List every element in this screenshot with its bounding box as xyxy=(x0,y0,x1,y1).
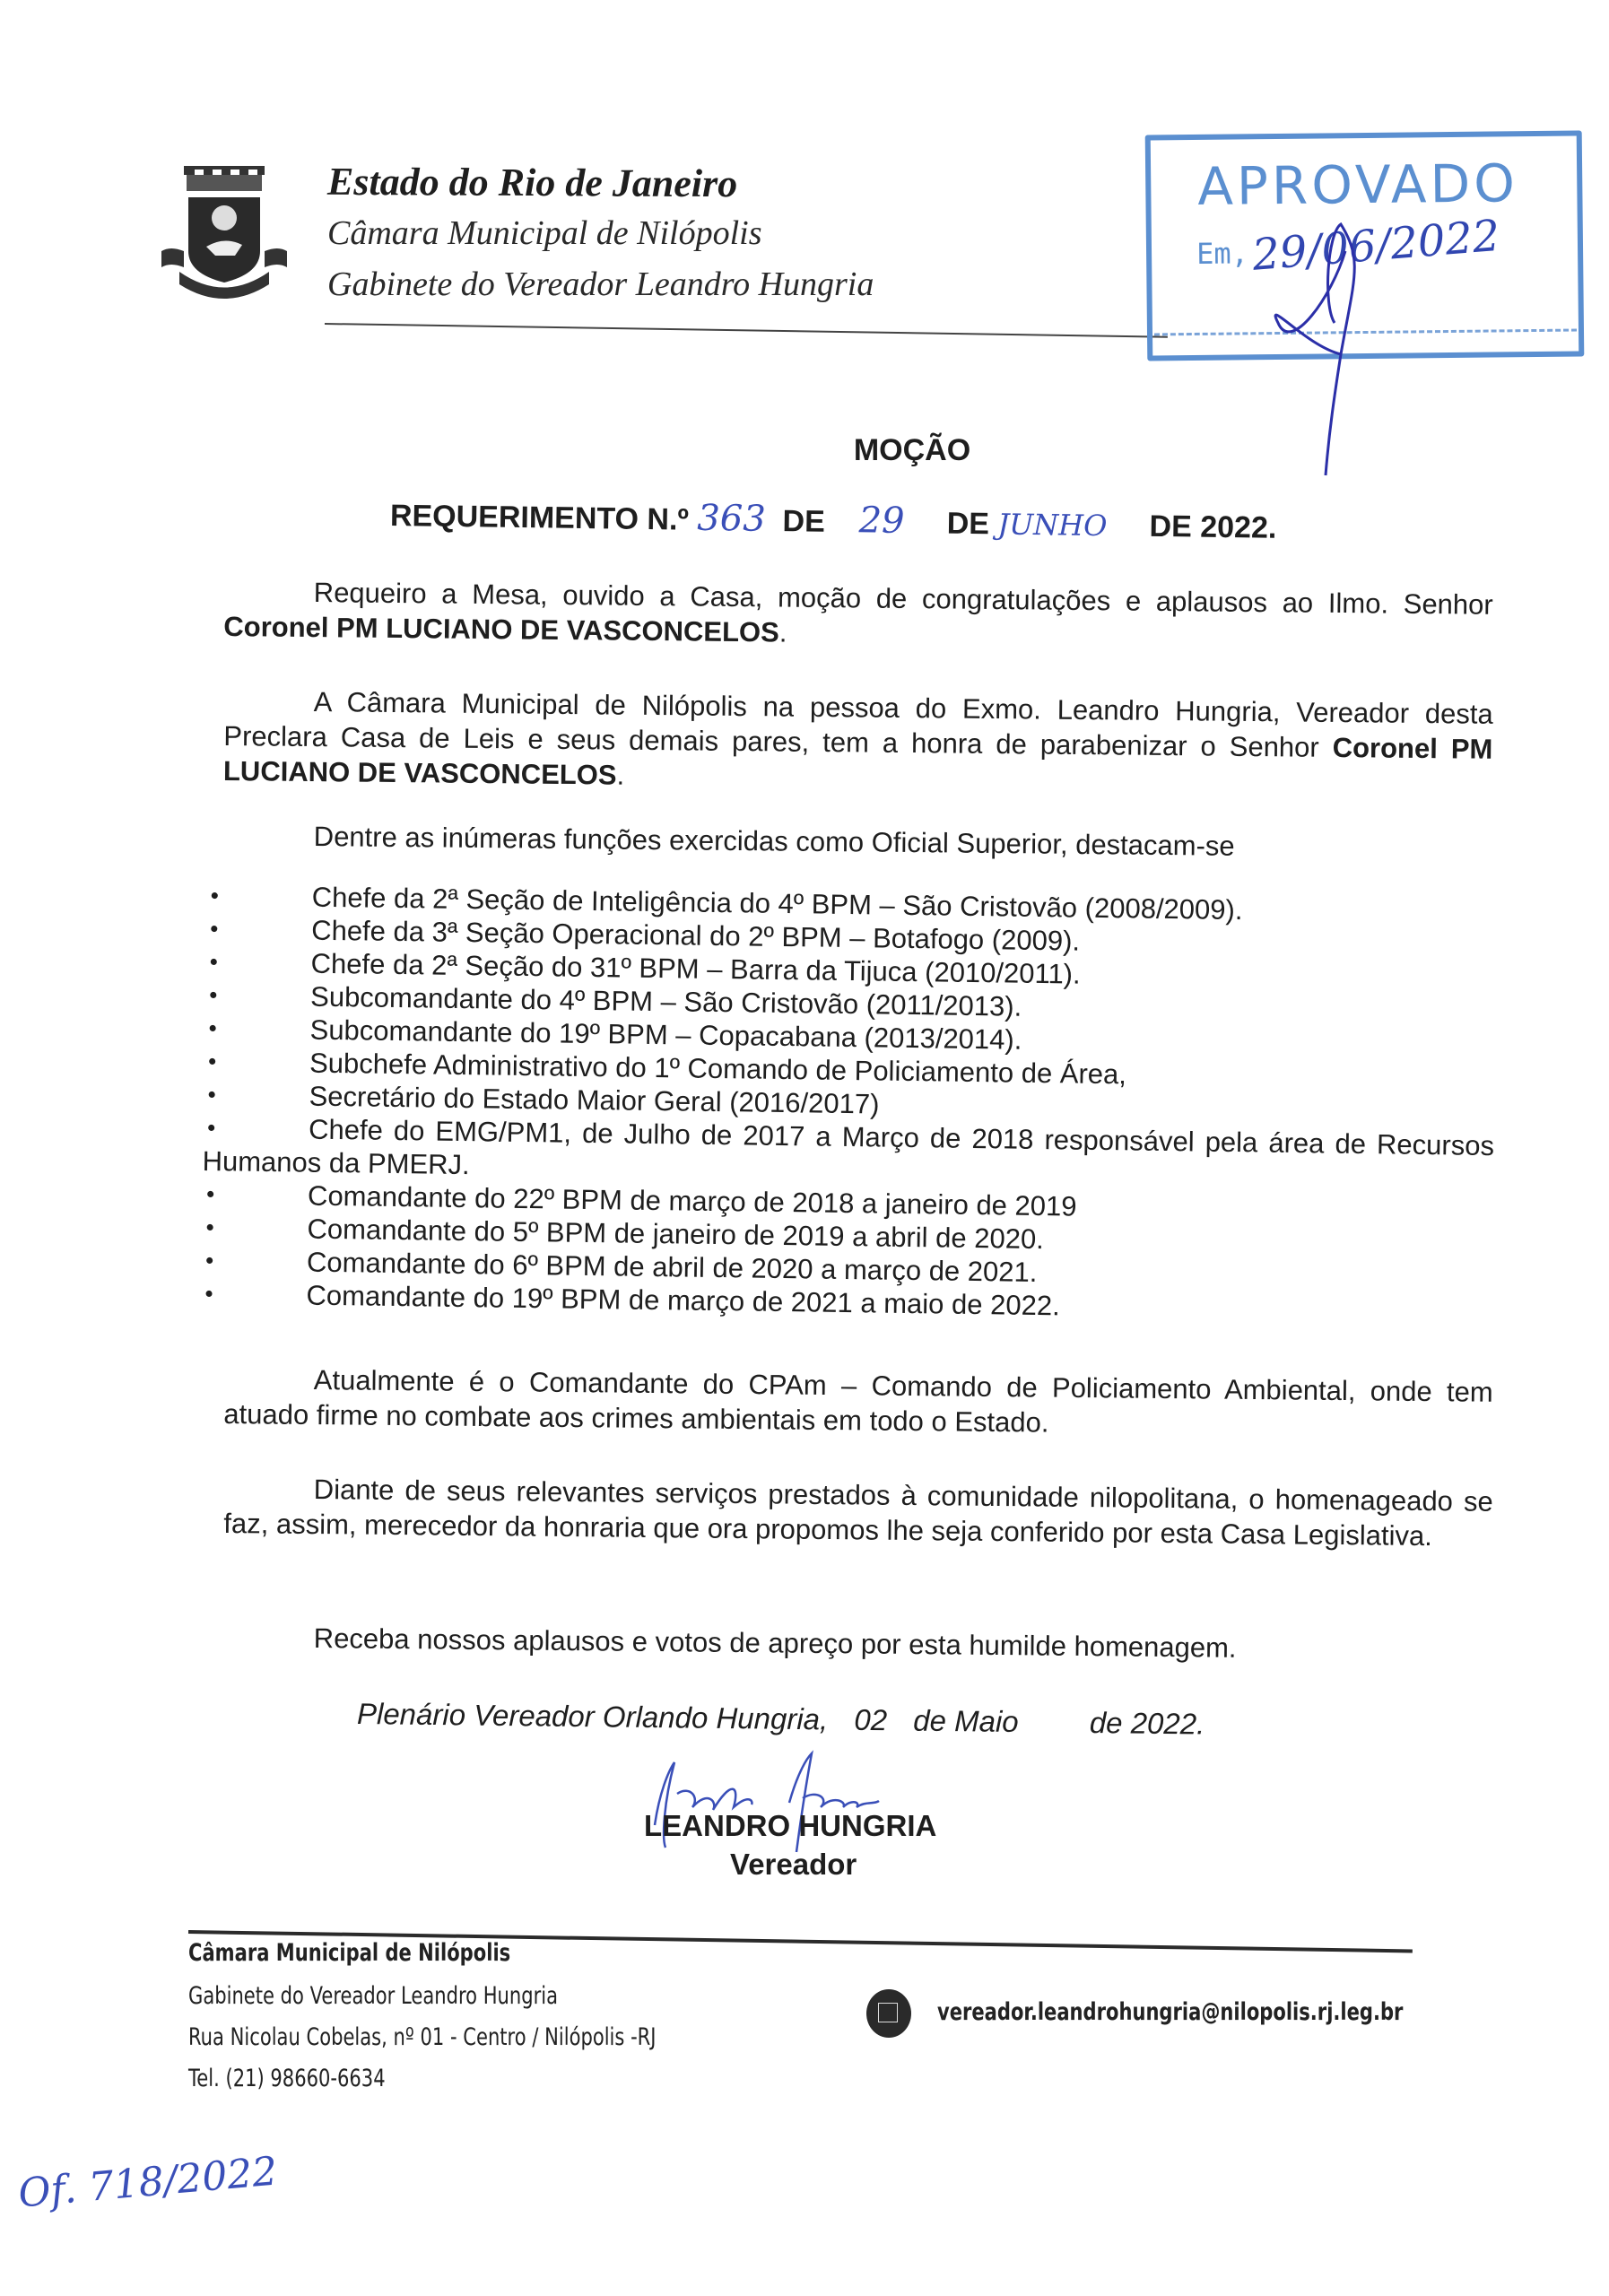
letterhead-divider xyxy=(325,323,1168,338)
paragraph-request: Requeiro a Mesa, ouvido a Casa, moção de… xyxy=(223,574,1493,657)
footer-org: Câmara Municipal de Nilópolis xyxy=(188,1939,510,1967)
stamp-date-handwritten: 29/06/2022 xyxy=(1250,211,1501,281)
footer-address: Rua Nicolau Cobelas, nº 01 - Centro / Ni… xyxy=(188,2023,657,2051)
requirement-month: JUNHO xyxy=(997,507,1107,543)
requirement-label: REQUERIMENTO N.º xyxy=(390,499,689,537)
plenary-name: Plenário Vereador Orlando Hungria, xyxy=(357,1697,829,1735)
approval-stamp: APROVADO Em, 29/06/2022 xyxy=(1145,130,1585,361)
footer-phone: Tel. (21) 98660-6634 xyxy=(188,2065,386,2092)
paragraph-applause: Receba nossos aplausos e votos de apreço… xyxy=(224,1620,1493,1668)
footer-office: Gabinete do Vereador Leandro Hungria xyxy=(188,1982,558,2010)
closing-day: 02 xyxy=(854,1703,887,1736)
document-type-title: MOÇÃO xyxy=(0,433,1609,468)
stamp-approved-label: APROVADO xyxy=(1197,152,1518,217)
closing-month: de Maio xyxy=(913,1704,1019,1738)
municipal-crest-logo xyxy=(152,157,296,309)
crest-icon xyxy=(152,157,296,309)
stamp-signature-line xyxy=(1154,329,1577,336)
footer-email[interactable]: vereador.leandrohungria@nilopolis.rj.leg… xyxy=(937,1998,1403,2026)
requirement-year: DE 2022. xyxy=(1149,509,1276,545)
honoree-name: Coronel PM LUCIANO DE VASCONCELOS xyxy=(223,611,779,648)
functions-list: Chefe da 2ª Seção de Inteligência do 4º … xyxy=(200,879,1498,1328)
closing-year: de 2022. xyxy=(1090,1706,1205,1741)
stamp-em-label: Em, xyxy=(1196,236,1248,271)
signer-role: Vereador xyxy=(730,1848,857,1882)
office-number-annotation: Of. 718/2022 xyxy=(16,2148,279,2216)
letterhead-office: Gabinete do Vereador Leandro Hungria xyxy=(327,265,874,304)
requirement-day: 29 xyxy=(858,500,905,542)
requirement-line: REQUERIMENTO N.º 363 DE 29 DE JUNHO DE 2… xyxy=(390,493,1277,547)
signer-name: LEANDRO HUNGRIA xyxy=(644,1809,936,1843)
paragraph-functions-intro: Dentre as inúmeras funções exercidas com… xyxy=(224,818,1493,866)
letterhead-chamber: Câmara Municipal de Nilópolis xyxy=(327,213,762,253)
requirement-de-2: DE xyxy=(946,507,989,542)
place-and-date: Plenário Vereador Orlando Hungria, 02 de… xyxy=(357,1697,1223,1742)
paragraph-current-role: Atualmente é o Comandante do CPAm – Coma… xyxy=(223,1361,1493,1445)
paragraph-merit: Diante de seus relevantes serviços prest… xyxy=(223,1471,1493,1554)
envelope-icon xyxy=(866,1989,911,2038)
requirement-number: 363 xyxy=(697,498,766,540)
requirement-de-1: DE xyxy=(782,504,825,539)
paragraph-chamber: A Câmara Municipal de Nilópolis na pesso… xyxy=(223,683,1493,802)
letterhead-state: Estado do Rio de Janeiro xyxy=(327,159,737,206)
